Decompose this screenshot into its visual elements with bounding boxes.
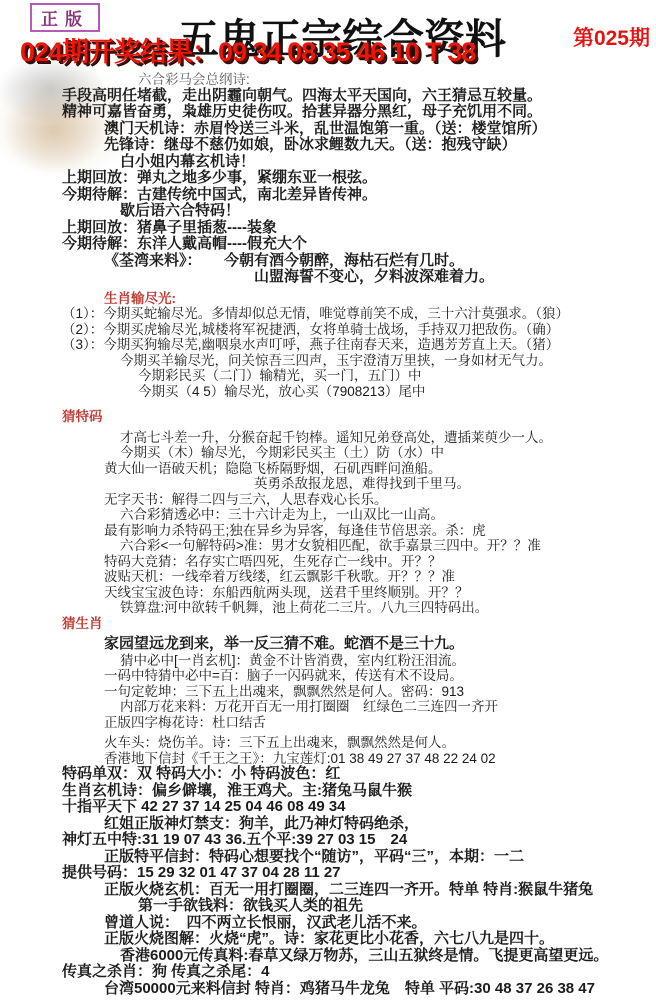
- text-line: 红姐正版神灯禁支：狗羊，此乃神灯特码绝杀，: [104, 816, 656, 833]
- text-line: 上期回放：猪鼻子里插葱----装象: [62, 220, 656, 237]
- text-line: 正版四字梅花诗：杜口结舌: [104, 715, 656, 731]
- text-line: 今期待解：东洋人戴高帽----假充大个: [62, 236, 656, 253]
- text-line: 十指平天下 42 27 37 14 25 04 46 08 49 34: [62, 799, 656, 816]
- text-line: 黄大仙一语破天机；隐隐飞桥隔野烟，石矶西畔问渔船。: [104, 461, 656, 477]
- text-line: 先锋诗：继母不慈仍如娘，卧冰求鲤数九天。（送：抱残守缺）: [104, 137, 656, 154]
- text-line: 火车头：烧伤羊。诗：三下五上出魂来，飘飘然然是何人。: [104, 735, 656, 751]
- text-line: 最有影响力杀特码王;独在异乡为异客，每逢佳节倍思亲。杀：虎: [104, 523, 656, 539]
- text-line: 英勇杀敌报龙恩，难得找到千里马。: [254, 476, 656, 492]
- text-line: 才高七斗差一升，分猴奋起千钧棒。遥知兄弟登高处，遭插莱萸少一人。: [120, 430, 656, 446]
- draw-result-banner: 024期开奖结果：09 34 08 35 46 10 T 38: [20, 30, 475, 69]
- text-line: 一码中特猜中必中=百：脑子一闪码就来，传送有术不设局。: [104, 668, 656, 684]
- text-line: 正版火烧玄机：百无一用打圈圈，二三连四一齐开。特单 特肖:猴鼠牛猪兔: [104, 882, 656, 899]
- text-line: 猜生肖: [62, 616, 656, 632]
- text-line: 六合彩马会总纲诗:: [138, 72, 656, 88]
- text-line: 上期回放：弹丸之地多少事，紧绷东亚一根弦。: [62, 170, 656, 187]
- text-line: 生肖玄机诗：偏乡僻壤，淮王鸡犬。主:猪兔马鼠牛猴: [62, 783, 656, 800]
- content-lines: 六合彩马会总纲诗:手段高明任堵截，走出阴霾向朝气。四海太平天国向，六王猜忌互较量…: [0, 70, 656, 997]
- text-line: 手段高明任堵截，走出阴霾向朝气。四海太平天国向，六王猜忌互较量。: [62, 88, 656, 105]
- text-line: 生肖输尽光:: [104, 291, 656, 307]
- text-line: 特码单双：双 特码大小：小 特码波色：红: [62, 766, 656, 783]
- text-line: 今期买羊输尽光，问关惊吾三四声，玉宇澄清万里挟，一身如材无气力。: [120, 353, 656, 369]
- text-line: 家园望远龙到来，举一反三猜不难。蛇酒不是三十九。: [104, 636, 656, 653]
- issue-number: 第025期: [573, 22, 650, 52]
- text-line: 传真之杀肖：狗 传真之杀尾：4: [62, 964, 656, 981]
- text-line: 猜特码: [62, 409, 656, 425]
- text-line: 香港地下信封《千王之王》：九宝莲灯:01 38 49 27 37 48 22 2…: [104, 751, 656, 767]
- text-line: 提供号码：15 29 32 01 47 37 04 28 11 27: [62, 865, 656, 882]
- text-line: 内部万花来料：万花开百无一用打圈圈 红绿色二三连四一齐开: [120, 699, 656, 715]
- text-line: 无字天书：解得二四与三六，人思春戏心长乐。: [104, 492, 656, 508]
- text-line: （1）：今期买蛇输尽光。多情却似总无情，唯觉尊前笑不成，三十六汁莫强求。（狼）: [62, 306, 656, 322]
- text-line: 神灯五中特:31 19 07 43 36.五个平:39 27 03 15 24: [62, 832, 656, 849]
- text-line: 澳门天机诗：赤眉怜送三斗米，乱世温饱第一重。（送：楼堂馆所）: [104, 121, 656, 138]
- text-line: 今期买（木）输尽光，今期彩民买主（土）防（水）中: [120, 445, 656, 461]
- text-line: 正版特平信封：特码心想要找个“随访”，平码“三”，本期：一二: [104, 849, 656, 866]
- text-line: （3）：今期买狗输尽芜,幽咽泉水声叮呼，燕子往南春天来，造遇芳芳直上天。（猪）: [62, 337, 656, 353]
- text-line: 香港6000元传真料:春草又绿万物苏，三山五狱终是情。飞提更高望更远。: [120, 948, 656, 965]
- header: 正版 五鬼正宗综合资料 第025期 024期开奖结果：09 34 08 35 4…: [0, 0, 656, 70]
- text-line: 《荃湾来料》： 今朝有酒今朝醉，海枯石烂有几时。: [104, 253, 656, 270]
- text-line: （2）：今期买虎输尽光,城楼将军祝捷洒，女将单骑士战场，手持双刀把敌伤。（确）: [62, 322, 656, 338]
- text-line: 精神可嘉皆奋勇，枭雄历史徒伤叹。拾葚异器分黑红，母子充饥用不同。: [62, 104, 656, 121]
- text-line: 歇后语六合特码！: [120, 203, 656, 220]
- text-line: 山盟海誓不变心，夕料波深难着力。: [254, 269, 656, 286]
- text-line: 天线宝宝波色诗：东船西航两头现，送君千里终顺别。开？？: [104, 585, 656, 601]
- text-line: 六合彩猜透必中：三十六计走为上，一山双比一山高。: [120, 507, 656, 523]
- text-line: 今期彩民买（二门）输精光，买一门，五门）中: [138, 368, 656, 384]
- text-line: 波贴天机：一线牵着万线缕，红云飘影千秋歌。开？？？准: [104, 569, 656, 585]
- text-line: 铁算盘:河中欲转千帆舞，池上荷花二三片。八九三四特码出。: [120, 600, 656, 616]
- text-line: 六合彩<一句解特码>准：男才女貌相匹配，欲手嘉景三四中。开？？准: [120, 538, 656, 554]
- text-line: 一句定乾坤：三下五上出魂来，飘飘然然是何人。密码：913: [104, 684, 656, 700]
- text-line: 第一手欲钱料：欲钱买人类的祖先: [138, 898, 656, 915]
- text-line: 猜中必中[一肖玄机]：黄金不计皆消费，室内红粉汪泪流。: [120, 653, 656, 669]
- text-line: 白小姐内幕玄机诗！: [120, 154, 656, 171]
- text-line: 台湾50000元来料信封 特肖：鸡猪马牛龙兔 特单 平码:30 48 37 26…: [104, 981, 656, 998]
- text-line: 特码大竞猜：名存实亡唔四死，生死存亡一线中。开？？: [104, 554, 656, 570]
- lottery-info-sheet: 正版 五鬼正宗综合资料 第025期 024期开奖结果：09 34 08 35 4…: [0, 0, 656, 1008]
- text-line: 今期买（4 5）输尽光，放心买（7908213）尾中: [138, 384, 656, 400]
- authenticity-badge: 正版: [30, 3, 100, 32]
- text-line: 正版火烧图解：火烧“虎”。诗：家花更比小花香，六七八九是四十。: [104, 931, 656, 948]
- text-line: 曾道人说： 四不两立长恨丽，汉武老儿活不来。: [104, 915, 656, 932]
- text-line: 今期待解：古建传统中国式，南北差异皆传神。: [62, 187, 656, 204]
